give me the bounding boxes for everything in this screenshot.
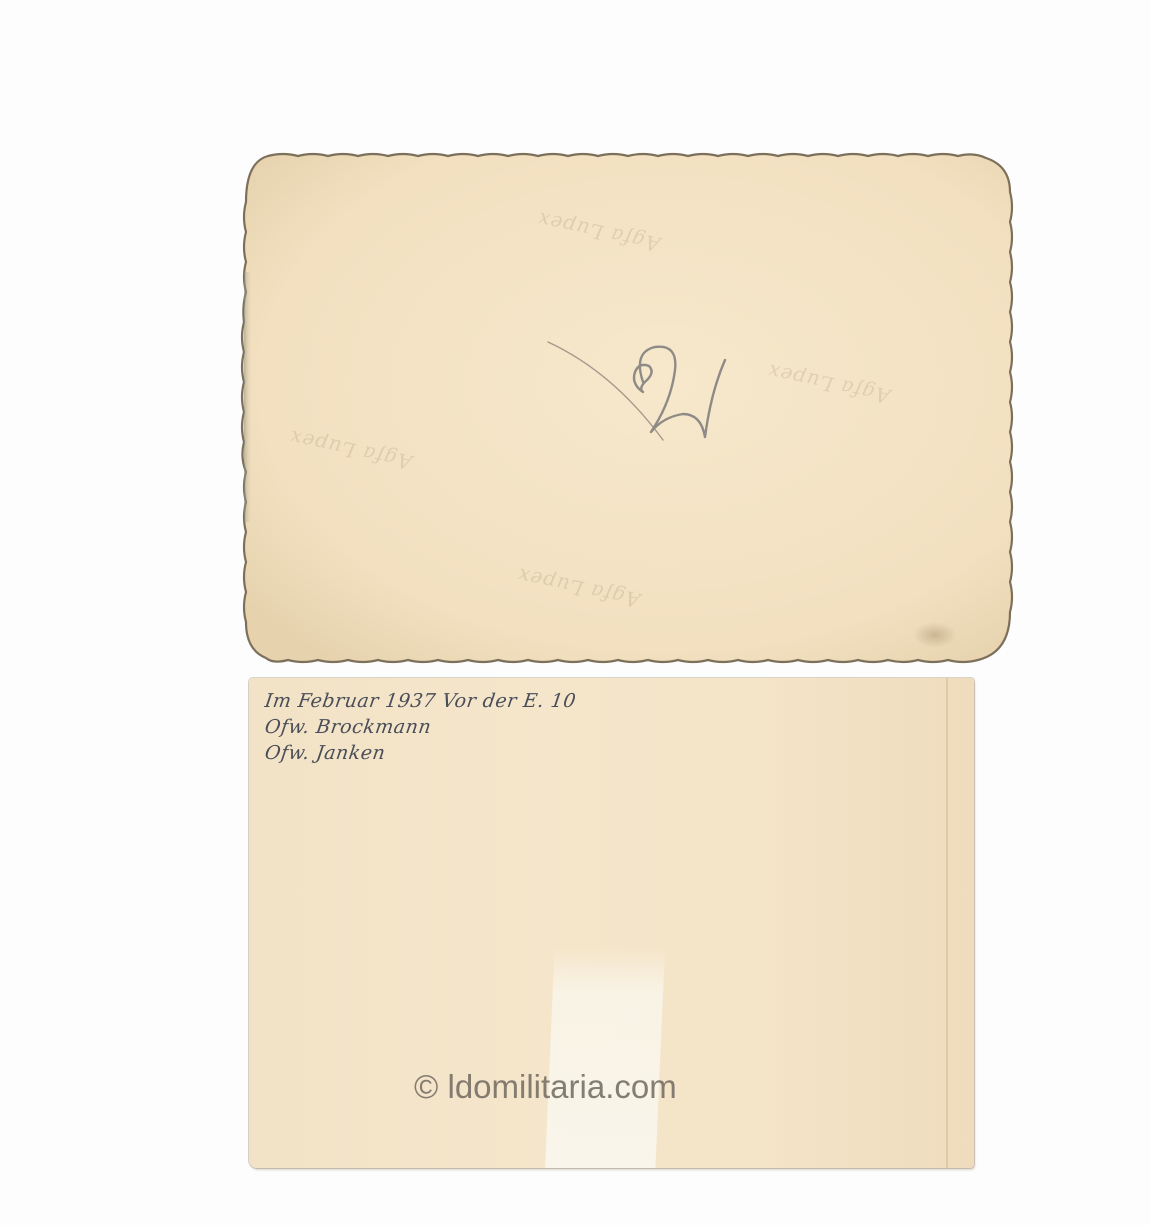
copyright-watermark: © ldomilitaria.com (414, 1068, 677, 1106)
pencil-number-mark (543, 322, 743, 452)
handwritten-inscription: Im Februar 1937 Vor der E. 10 Ofw. Brock… (265, 688, 576, 766)
inscription-line-name-2: Ofw. Janken (263, 740, 578, 766)
paper-stain (913, 622, 957, 648)
scanned-photo-card-backs: Agfa Lupex Agfa Lupex Agfa Lupex Agfa Lu… (0, 0, 1151, 1225)
faded-streak (545, 948, 665, 1168)
inscription-line-date: Im Februar 1937 Vor der E. 10 (263, 688, 578, 714)
inscription-line-name-1: Ofw. Brockmann (263, 714, 578, 740)
top-photo-card-back: Agfa Lupex Agfa Lupex Agfa Lupex Agfa Lu… (238, 152, 1014, 668)
